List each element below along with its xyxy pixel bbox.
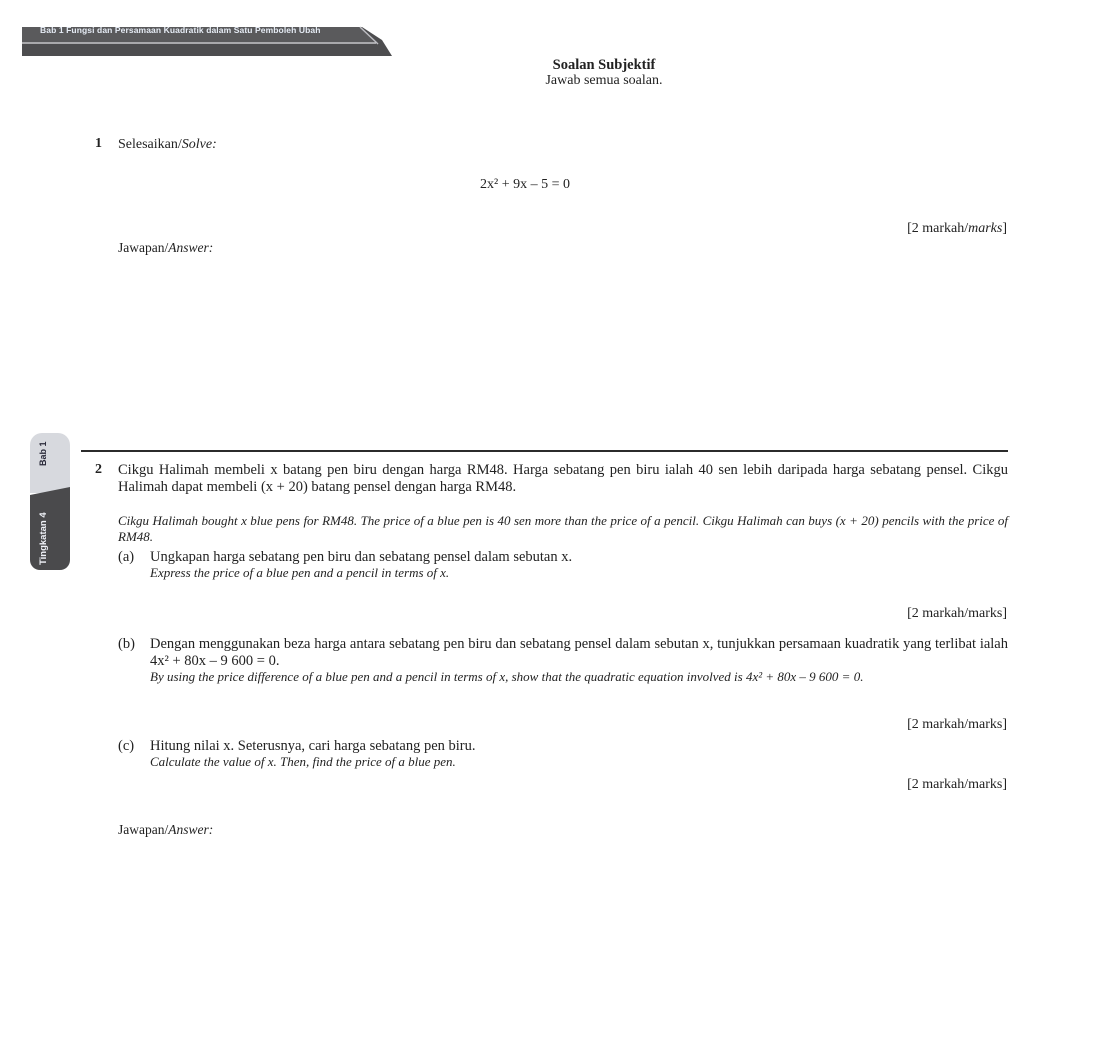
- part-text-en: By using the price difference of a blue …: [150, 670, 1008, 685]
- question-number: 1: [95, 136, 102, 152]
- marks-close: ]: [1002, 221, 1007, 236]
- section-title: Soalan Subjektif: [96, 57, 1112, 73]
- part-text-ms: Dengan menggunakan beza harga antara seb…: [150, 636, 1008, 669]
- question-stem-ms: Cikgu Halimah membeli x batang pen biru …: [118, 462, 1008, 496]
- question-prompt: Selesaikan/Solve:: [118, 137, 217, 153]
- part-label: (a): [118, 549, 134, 566]
- part-text-ms: Ungkapan harga sebatang pen biru dan seb…: [150, 549, 1008, 566]
- answer-ms: Jawapan/: [118, 822, 168, 837]
- answer-en: Answer:: [168, 822, 213, 837]
- chapter-tab-label: Bab 1: [38, 441, 48, 466]
- marks-label: [2 markah/marks]: [907, 221, 1007, 237]
- prompt-en: Solve:: [182, 137, 217, 152]
- form-side-tab: [30, 487, 70, 570]
- question-number: 2: [95, 462, 102, 478]
- part-text-ms: Hitung nilai x. Seterusnya, cari harga s…: [150, 738, 1008, 755]
- part-label: (b): [118, 636, 135, 653]
- prompt-ms: Selesaikan/: [118, 137, 182, 152]
- chapter-title: Bab 1 Fungsi dan Persamaan Kuadratik dal…: [40, 25, 321, 35]
- answer-ms: Jawapan/: [118, 240, 168, 255]
- form-tab-label: Tingkatan 4: [38, 512, 49, 565]
- section-header: Soalan Subjektif Jawab semua soalan.: [0, 57, 1112, 89]
- marks-label: [2 markah/marks]: [907, 717, 1007, 733]
- part-text-en: Calculate the value of x. Then, find the…: [150, 755, 1008, 770]
- marks-label: [2 markah/marks]: [907, 777, 1007, 793]
- marks-label: [2 markah/marks]: [907, 606, 1007, 622]
- equation: 2x² + 9x – 5 = 0: [480, 177, 570, 193]
- marks-ms: [2 markah/: [907, 221, 968, 236]
- section-instruction: Jawab semua soalan.: [96, 73, 1112, 89]
- marks-en: marks: [968, 221, 1002, 236]
- chapter-side-tab: [30, 433, 70, 493]
- answer-label: Jawapan/Answer:: [118, 822, 213, 838]
- answer-label: Jawapan/Answer:: [118, 240, 213, 256]
- question-stem-en: Cikgu Halimah bought x blue pens for RM4…: [118, 513, 1008, 544]
- question-separator: [81, 450, 1008, 452]
- chapter-banner: Bab 1 Fungsi dan Persamaan Kuadratik dal…: [22, 22, 404, 56]
- part-text-en: Express the price of a blue pen and a pe…: [150, 566, 1008, 581]
- part-label: (c): [118, 738, 134, 755]
- answer-en: Answer:: [168, 240, 213, 255]
